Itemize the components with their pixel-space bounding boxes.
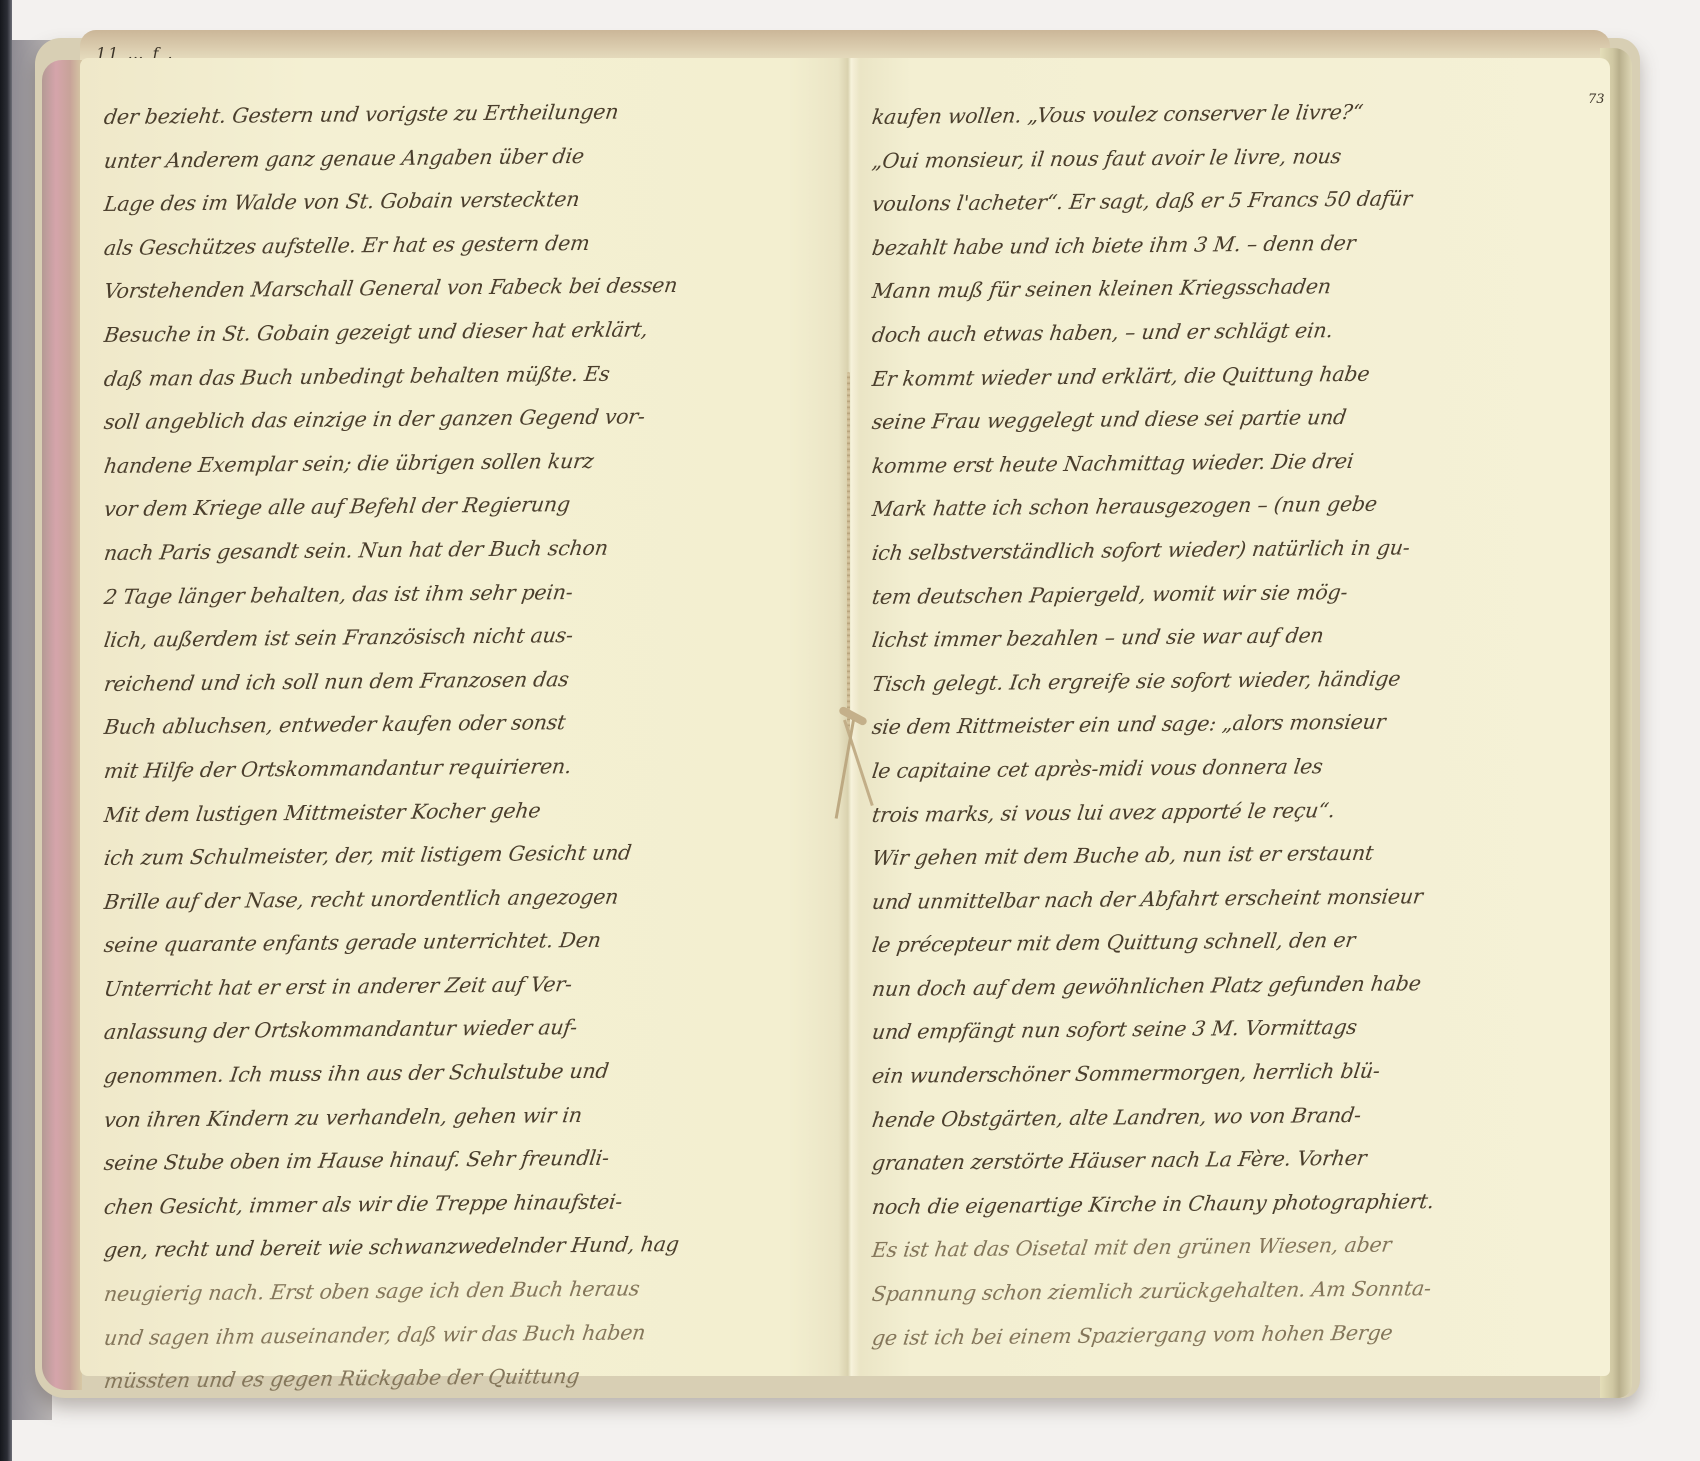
handwritten-line: trois marks, si vous lui avez apporté le… (869, 786, 1594, 837)
handwritten-line: voulons l'acheter“. Er sagt, daß er 5 Fr… (869, 176, 1594, 227)
handwritten-line: seine Frau weggelegt und diese sei parti… (869, 394, 1594, 445)
handwritten-line: vor dem Kriege alle auf Befehl der Regie… (101, 481, 834, 532)
handwritten-line: seine Stube oben im Hause hinauf. Sehr f… (101, 1135, 834, 1186)
handwritten-line: mit Hilfe der Ortskommandantur requirier… (101, 742, 834, 793)
handwritten-line: ein wunderschöner Sommermorgen, herrlich… (869, 1048, 1594, 1099)
handwritten-line: ich selbstverständlich sofort wieder) na… (869, 524, 1594, 575)
handwritten-line: Mit dem lustigen Mittmeister Kocher gehe (101, 786, 834, 837)
handwritten-line: neugierig nach. Erst oben sage ich den B… (101, 1265, 834, 1316)
page-edges-left (42, 60, 82, 1390)
handwritten-line: ge ist ich bei einem Spaziergang vom hoh… (869, 1309, 1594, 1360)
handwritten-line: soll angeblich das einzige in der ganzen… (101, 394, 834, 445)
handwritten-line: nach Paris gesandt sein. Nun hat der Buc… (101, 524, 834, 575)
handwritten-line: granaten zerstörte Häuser nach La Fère. … (869, 1135, 1594, 1186)
page-number: 73 (1588, 92, 1605, 107)
handwritten-line: und empfängt nun sofort seine 3 M. Vormi… (869, 1004, 1594, 1055)
left-page: der bezieht. Gestern und vorigste zu Ert… (80, 58, 850, 1376)
handwritten-line: Buch abluchsen, entweder kaufen oder son… (101, 699, 834, 750)
handwritten-line: und sagen ihm auseinander, daß wir das B… (101, 1309, 834, 1360)
handwritten-line: genommen. Ich muss ihn aus der Schulstub… (101, 1047, 834, 1098)
handwritten-line: gen, recht und bereit wie schwanzwedelnd… (101, 1222, 834, 1273)
handwritten-line: Er kommt wieder und erklärt, die Quittun… (869, 350, 1594, 401)
handwritten-line: Mann muß für seinen kleinen Kriegsschade… (869, 263, 1594, 314)
handwritten-line: unter Anderem ganz genaue Angaben über d… (101, 132, 834, 183)
handwritten-line: 2 Tage länger behalten, das ist ihm sehr… (101, 568, 834, 619)
binding-string (847, 372, 850, 732)
handwritten-line: Wir gehen mit dem Buche ab, nun ist er e… (869, 830, 1594, 881)
right-page: kaufen wollen. „Vous voulez conserver le… (850, 58, 1610, 1376)
scanner-edge (0, 0, 12, 1461)
handwritten-line: tem deutschen Papiergeld, womit wir sie … (869, 568, 1594, 619)
handwritten-line: seine quarante enfants gerade unterricht… (101, 917, 834, 968)
handwritten-line: „Oui monsieur, il nous faut avoir le liv… (869, 132, 1594, 183)
handwritten-line: Mark hatte ich schon herausgezogen – (nu… (869, 481, 1594, 532)
handwritten-line: müssten und es gegen Rückgabe der Quittu… (101, 1353, 834, 1404)
handwritten-line: anlassung der Ortskommandantur wieder au… (101, 1004, 834, 1055)
handwritten-line: hende Obstgärten, alte Landren, wo von B… (869, 1091, 1594, 1142)
handwritten-line: kaufen wollen. „Vous voulez conserver le… (869, 88, 1594, 139)
handwritten-line: lich, außerdem ist sein Französisch nich… (101, 612, 834, 663)
handwritten-line: sie dem Rittmeister ein und sage: „alors… (869, 699, 1594, 750)
handwritten-line: Es ist hat das Oisetal mit den grünen Wi… (869, 1222, 1594, 1273)
handwritten-line: lichst immer bezahlen – und sie war auf … (869, 612, 1594, 663)
handwritten-line: doch auch etwas haben, – und er schlägt … (869, 306, 1594, 357)
handwritten-line: Vorstehenden Marschall General von Fabec… (101, 263, 834, 314)
handwritten-line: le précepteur mit dem Quittung schnell, … (869, 917, 1594, 968)
handwritten-line: ich zum Schulmeister, der, mit listigem … (101, 829, 834, 880)
handwritten-line: Besuche in St. Gobain gezeigt und dieser… (101, 306, 834, 357)
handwritten-line: le capitaine cet après-midi vous donnera… (869, 742, 1594, 793)
handwritten-line: der bezieht. Gestern und vorigste zu Ert… (101, 88, 834, 139)
handwritten-line: daß man das Buch unbedingt behalten müßt… (101, 350, 834, 401)
handwritten-line: Spannung schon ziemlich zurückgehalten. … (869, 1266, 1594, 1317)
handwritten-line: Lage des im Walde von St. Gobain verstec… (101, 176, 834, 227)
